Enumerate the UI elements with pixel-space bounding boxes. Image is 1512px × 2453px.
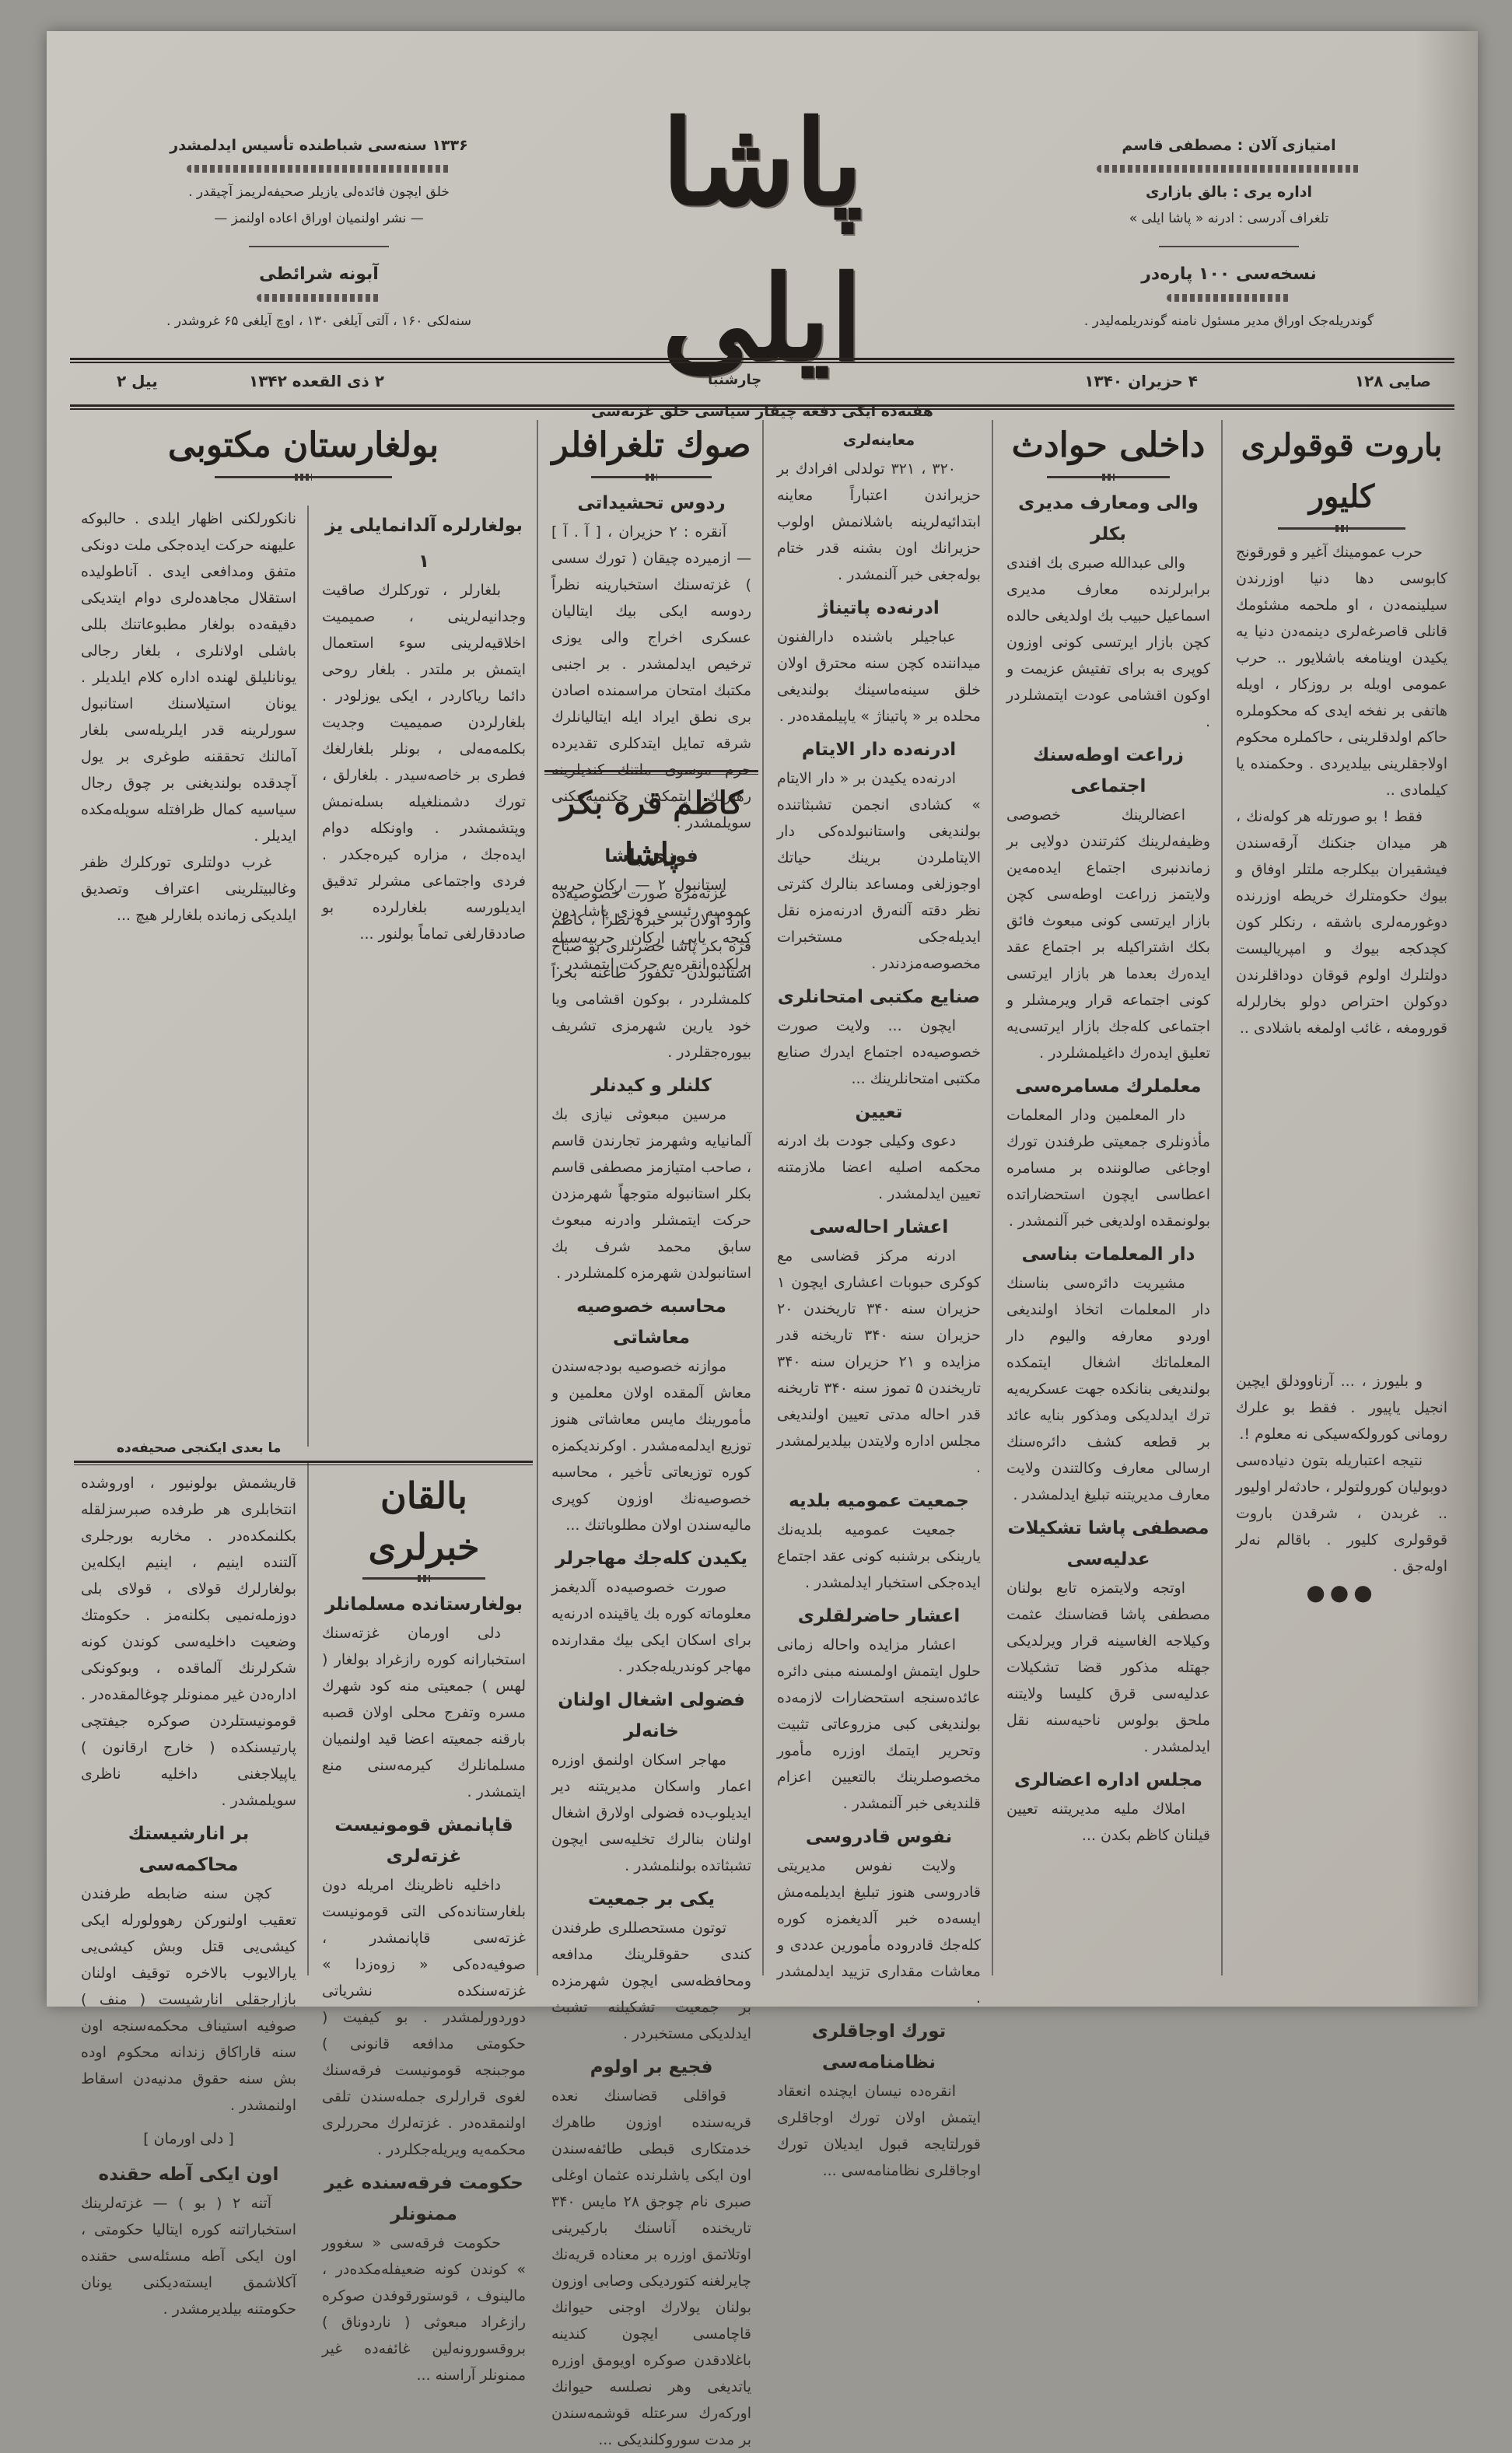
section-body: نانکورلکنی اظهار ایلدی . حالبوکه علیهنه … [81, 506, 296, 849]
ornament-divider [591, 476, 711, 478]
part-number: ۱ [322, 546, 526, 577]
section-body: اعضالرینك خصوصی وظیفه‌لرینك کثرتندن دولا… [1006, 802, 1210, 1066]
section-title: دار المعلمات بناسی [1006, 1239, 1210, 1270]
section-body: عباجیلر باشنده دارالفنون میداننده کچن سن… [777, 624, 981, 730]
telegraph-address: تلغراف آدرسی : ادرنه « پاشا ایلی » [1011, 205, 1447, 232]
ornament-divider [257, 294, 381, 302]
dateline-bar: صایی ۱۲۸ ۴ حزیران ۱۳۴۰ چارشنبا ۲ ذی القع… [70, 358, 1454, 412]
headline: داخلی حوادث [1006, 420, 1210, 471]
section-body: ۳۲۰ ، ۳۲۱ تولدلی افرادك بر حزیراندن اعتب… [777, 456, 981, 588]
headline: باروت قوقولری کلیور [1236, 420, 1447, 523]
section-title: کلنلر و کیدنلر [551, 1070, 751, 1101]
column-rule [537, 420, 538, 1975]
ornament-divider [1167, 294, 1291, 302]
section-title: صنایع مکتبی امتحانلری [777, 982, 981, 1013]
column-rule [762, 420, 764, 1975]
weekday: چارشنبا [708, 372, 761, 388]
continued-on-page-2: ما بعدی ایکنجی صحیفه‌ده [117, 1440, 281, 1456]
open-columns-note: خلق ایچون فائده‌لی یازیلر صحیفه‌لریمز آچ… [101, 179, 537, 205]
double-rule [70, 404, 1454, 410]
headline: کاظم قره بکر پاشا [551, 778, 751, 880]
section-title: بولغارلره آلدانمایلی یز [322, 510, 526, 541]
office-line: اداره یری : بالق بازاری [1011, 179, 1447, 205]
return-policy-note: — نشر اولنمیان اوراق اعاده اولنمز — [101, 205, 537, 232]
section-body: دعوی وکیلی جودت بك ادرنه محکمه اصلیه اعض… [777, 1128, 981, 1207]
section-body: بلغارلر ، تورکلرك صاقیت وجدانیه‌لرینی ، … [322, 577, 526, 947]
section-title: ادرنه‌ده دار الایتام [777, 734, 981, 765]
gregorian-date: ۴ حزیران ۱۳۴۰ [1084, 372, 1198, 390]
section-title: قاپانمش قومونیست غزته‌لری [322, 1810, 526, 1872]
section-body: صورت خصوصیه‌ده آلدیغمز معلوماته کوره بك … [551, 1574, 751, 1680]
price-line: نسخه‌سی ۱۰۰ پاره‌در [1011, 261, 1447, 288]
section-body: توتون مستحصللری طرفندن کندی حقوقلرینك مد… [551, 1915, 751, 2016]
end-mark: ●●● [1236, 1580, 1447, 1605]
masthead: ۱۳۳۶ سنه‌سی شباطنده تأسیس ایدلمشدر خلق ا… [70, 86, 1454, 342]
section-body: غزته‌مزه صورت خصوصیه‌ده وارد اولان بر خب… [551, 880, 751, 1066]
section-title: معلملرك مسامره‌سی [1006, 1071, 1210, 1102]
section-title: معاینه‌لری [777, 425, 981, 456]
paragraph: نتیجه اعتباریله بتون دنیاده‌سی دوبولیان … [1236, 1447, 1447, 1580]
section-body: دلی اورمان غزته‌سنك استخبارانه کوره رازغ… [322, 1620, 526, 1805]
subscription-title: آبونه شرائطی [101, 261, 537, 288]
column-rule [992, 420, 993, 1975]
subscription-terms: سنه‌لکی ۱۶۰ ، آلتی آیلغی ۱۳۰ ، اوچ آیلغی… [101, 308, 537, 334]
article-kazim-karabekir: کاظم قره بکر پاشا غزته‌مزه صورت خصوصیه‌د… [541, 778, 762, 2016]
section-body: ادرنه مرکز قضاسی مع کوکری حبوبات اعشاری … [777, 1243, 981, 1481]
section-body: مشیریت دائره‌سی بناسنك دار المعلمات اتخا… [1006, 1270, 1210, 1508]
section-title: فضولی اشغال اولنان خانه‌لر [551, 1685, 751, 1747]
ornament-divider [187, 165, 451, 173]
headline: بولغارستان مکتوبی [81, 420, 526, 471]
section-body: املاك ملیه مدیریتنه تعیین قیلنان کاظم بک… [1006, 1796, 1210, 1849]
newspaper-title: پاشا ایلی [583, 86, 941, 397]
balkan-news-column-2: قاریشمش بولونیور ، اوروشده انتخابلری هر … [70, 1470, 307, 2016]
section-rule [74, 1461, 533, 1465]
publication-year: ییل ۲ [117, 372, 158, 390]
paragraph: حرب عمومینك آغیر و قورقونج کابوسی دها دن… [1236, 539, 1447, 803]
management-info-box: امتیازی آلان : مصطفی قاسم اداره یری : با… [1011, 132, 1447, 334]
owner-line: امتیازی آلان : مصطفی قاسم [1011, 132, 1447, 159]
section-body: ادرنه‌ده یکیدن بر « دار الایتام » کشادی … [777, 765, 981, 977]
section-title: والی ومعارف مدیری بکلر [1006, 488, 1210, 550]
divider [249, 246, 389, 247]
headline: صوك تلغرافلر [551, 420, 751, 471]
paragraph: فقط ! بو صورتله هر کوله‌نك ، هر میدان جن… [1236, 803, 1447, 1041]
headline: بالقان خبرلری [322, 1470, 526, 1573]
section-title: زراعت اوطه‌سنك اجتماعی [1006, 740, 1210, 802]
section-body: والی عبدالله صبری بك افندی برابرلرنده مع… [1006, 550, 1210, 735]
section-title: بولغارستانده مسلمانلر [322, 1589, 526, 1620]
article-domestic-news: داخلی حوادث والی ومعارف مدیری بکلر والی … [996, 420, 1221, 1849]
section-title: یکی بر جمعیت [551, 1884, 751, 1915]
section-body: جمعیت عمومیه بلدیه‌نك یارینکی برشنبه کون… [777, 1517, 981, 1596]
double-rule [70, 358, 1454, 363]
section-body: دار المعلمین ودار المعلمات مأذونلری جمعی… [1006, 1102, 1210, 1234]
section-title: مجلس اداره اعضالری [1006, 1765, 1210, 1796]
section-title: ردوس تحشیداتی [551, 488, 751, 519]
issue-number: صایی ۱۲۸ [1355, 372, 1431, 390]
founding-note: ۱۳۳۶ سنه‌سی شباطنده تأسیس ایدلمشدر [101, 132, 537, 159]
column-rule [1221, 420, 1223, 1975]
section-title: بر انارشیستك محاکمه‌سی [81, 1818, 296, 1881]
section-body: داخلیه ناظرینك امریله دون بلغارستانده‌کی… [322, 1872, 526, 2016]
ornament-divider [1278, 527, 1405, 530]
ornament-divider [1097, 165, 1361, 173]
section-title: مصطفی پاشا تشکیلات عدلیه‌سی [1006, 1513, 1210, 1575]
section-title: ادرنه‌ده پاتیناژ [777, 593, 981, 624]
article-bulgaria-letter: بولغارستان مکتوبی [70, 420, 537, 488]
publication-info-box: ۱۳۳۶ سنه‌سی شباطنده تأسیس ایدلمشدر خلق ا… [101, 132, 537, 334]
column-rule [307, 506, 309, 1447]
section-title: یکیدن کله‌جك مهاجرلر [551, 1543, 751, 1574]
section-body: اعشار مزایده واحاله زمانی حلول ایتمش اول… [777, 1632, 981, 1817]
section-title: جمعیت عمومیه بلدیه [777, 1485, 981, 1517]
section-rule [544, 770, 758, 775]
section-body: ولایت نفوس مدیریتی قادروسی هنوز تبلیغ ای… [777, 1853, 981, 2011]
article-balkan-news: بالقان خبرلری بولغارستانده مسلمانلر دلی … [311, 1470, 537, 2016]
section-body: کچن سنه ضابطه طرفندن تعقیب اولنورکن رهوو… [81, 1881, 296, 2016]
bulgaria-letter-column-2: نانکورلکنی اظهار ایلدی . حالبوکه علیهنه … [70, 506, 307, 929]
section-title: تعیین [777, 1097, 981, 1128]
section-body: قاریشمش بولونیور ، اوروشده انتخابلری هر … [81, 1470, 296, 1814]
divider [1159, 246, 1299, 247]
newspaper-page: ۱۳۳۶ سنه‌سی شباطنده تأسیس ایدلمشدر خلق ا… [47, 31, 1478, 2007]
column-rule [307, 1462, 309, 1975]
section-body: مرسین مبعوثی نیازی بك آلمانیایه وشهرمز ت… [551, 1101, 751, 1286]
paragraph: و بلیورز ، ... آرناوودلق ایچین انجیل یاپ… [1236, 1368, 1447, 1447]
ornament-divider [362, 1577, 485, 1580]
ornament-divider [1047, 476, 1169, 478]
section-body: موازنه خصوصیه بودجه‌سندن معاش آلمقده اول… [551, 1353, 751, 1538]
article-local-briefs: معاینه‌لری ۳۲۰ ، ۳۲۱ تولدلی افرادك بر حز… [766, 420, 992, 2016]
section-title: اعشار حاضرلقلری [777, 1601, 981, 1632]
bulgaria-letter-column-1: بولغارلره آلدانمایلی یز ۱ بلغارلر ، تورک… [311, 506, 537, 947]
section-title: نفوس قادروسی [777, 1821, 981, 1853]
section-title: محاسبه خصوصیه معاشاتی [551, 1291, 751, 1353]
section-body: مهاجر اسکان اولنمق اوزره اعمار واسکان مد… [551, 1747, 751, 1879]
section-body: ایچون ... ولایت صورت خصوصیه‌ده اجتماع ای… [777, 1013, 981, 1092]
ornament-divider [215, 476, 393, 478]
hijri-date: ۲ ذی القعده ۱۳۴۲ [249, 372, 384, 390]
section-body: غرب دولتلری تورکلرك ظفر وغالبیتلرینی اعت… [81, 849, 296, 929]
correspondence-note: گوندریله‌جک اوراق مدیر مسئول نامنه گوندر… [1011, 308, 1447, 334]
article-barut: باروت قوقولری کلیور حرب عمومینك آغیر و ق… [1225, 420, 1458, 1605]
section-title: اعشار احاله‌سی [777, 1212, 981, 1243]
section-body: اوتجه ولایتمزه تابع بولنان مصطفی پاشا قض… [1006, 1575, 1210, 1760]
